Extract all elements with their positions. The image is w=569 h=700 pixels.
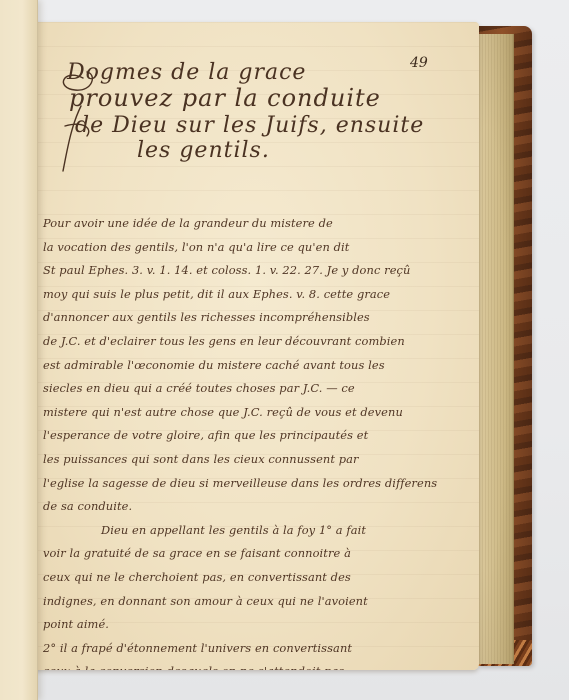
text-line: les puissances qui sont dans les cieux c… bbox=[43, 448, 443, 472]
text-line: ceux qui ne le cherchoient pas, en conve… bbox=[43, 566, 443, 590]
text-line: St paul Ephes. 3. v. 1. 14. et coloss. 1… bbox=[43, 259, 443, 283]
text-line: la vocation des gentils, l'on n'a qu'a l… bbox=[43, 236, 443, 260]
text-line: de J.C. et d'eclairer tous les gens en l… bbox=[43, 330, 443, 354]
text-line: d'annoncer aux gentils les richesses inc… bbox=[43, 306, 443, 330]
text-line: point aimé. bbox=[43, 613, 443, 637]
manuscript-page: 49 Dogmes de la grace prouvez par la con… bbox=[27, 22, 479, 670]
text-line: de sa conduite. bbox=[43, 495, 443, 519]
text-line: l'esperance de votre gloire, afin que le… bbox=[43, 424, 443, 448]
text-line: 2° il a frapé d'étonnement l'univers en … bbox=[43, 637, 443, 661]
text-line: moy qui suis le plus petit, dit il aux E… bbox=[43, 283, 443, 307]
text-line: Dieu en appellant les gentils à la foy 1… bbox=[43, 519, 443, 543]
chapter-title: Dogmes de la grace prouvez par la condui… bbox=[57, 60, 397, 163]
book-photograph: 49 Dogmes de la grace prouvez par la con… bbox=[0, 0, 569, 700]
title-line: de Dieu sur les Juifs, ensuite bbox=[75, 113, 397, 138]
text-line: voir la gratuité de sa grace en se faisa… bbox=[43, 542, 443, 566]
page-number: 49 bbox=[410, 55, 428, 71]
facing-page-edge bbox=[0, 0, 38, 700]
title-line: Dogmes de la grace bbox=[67, 60, 397, 85]
text-line: mistere qui n'est autre chose que J.C. r… bbox=[43, 401, 443, 425]
text-line: indignes, en donnant son amour à ceux qu… bbox=[43, 590, 443, 614]
text-line: siecles en dieu qui a créé toutes choses… bbox=[43, 377, 443, 401]
text-line: ceux à la conversion desquels on ne s'at… bbox=[43, 660, 443, 670]
text-line: est admirable l'œconomie du mistere cach… bbox=[43, 354, 443, 378]
manuscript-body: Pour avoir une idée de la grandeur du mi… bbox=[43, 212, 443, 670]
text-line: Pour avoir une idée de la grandeur du mi… bbox=[43, 212, 443, 236]
title-line: les gentils. bbox=[137, 138, 397, 163]
text-line: l'eglise la sagesse de dieu si merveille… bbox=[43, 472, 443, 496]
title-line: prouvez par la conduite bbox=[69, 85, 397, 113]
